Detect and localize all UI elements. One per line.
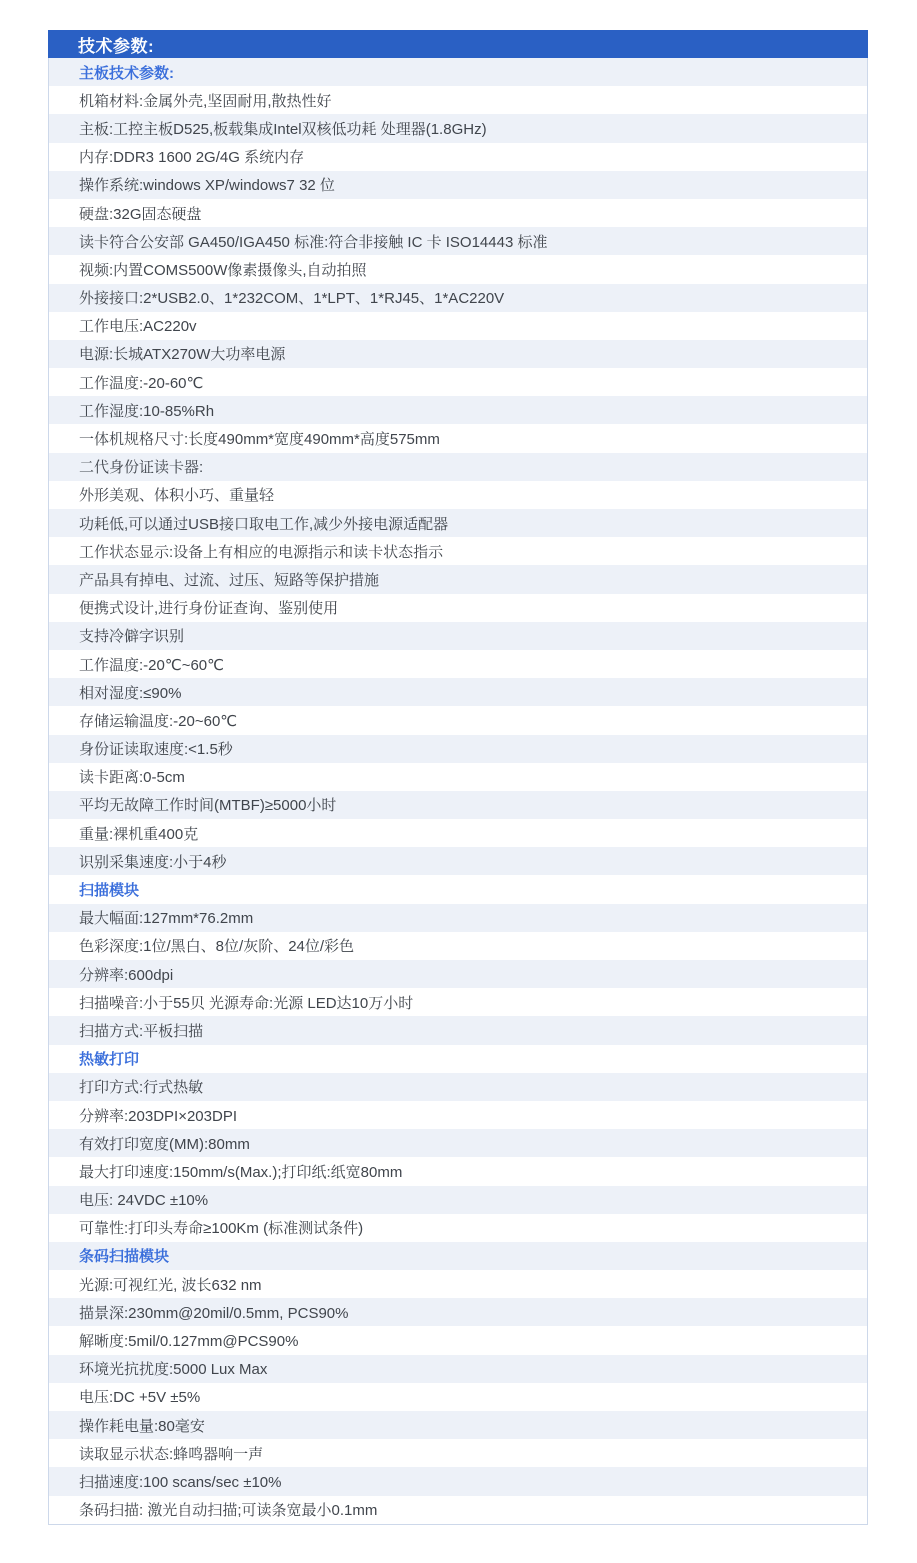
spec-text: 条码扫描: 激光自动扫描;可读条宽最小0.1mm [79,1499,377,1520]
spec-row: 色彩深度:1位/黑白、8位/灰阶、24位/彩色 [49,932,867,960]
spec-text: 最大打印速度:150mm/s(Max.);打印纸:纸宽80mm [79,1161,402,1182]
spec-text: 扫描速度:100 scans/sec ±10% [79,1471,281,1492]
spec-row: 外形美观、体积小巧、重量轻 [49,481,867,509]
spec-row: 便携式设计,进行身份证查询、鉴别使用 [49,594,867,622]
spec-text: 电压: 24VDC ±10% [79,1189,208,1210]
spec-row: 产品具有掉电、过流、过压、短路等保护措施 [49,565,867,593]
spec-text: 工作状态显示:设备上有相应的电源指示和读卡状态指示 [79,541,443,562]
spec-row: 硬盘:32G固态硬盘 [49,199,867,227]
spec-row: 环境光抗扰度:5000 Lux Max [49,1355,867,1383]
spec-text: 机箱材料:金属外壳,坚固耐用,散热性好 [79,90,332,111]
spec-row: 平均无故障工作时间(MTBF)≥5000小时 [49,791,867,819]
spec-text: 读卡距离:0-5cm [79,766,185,787]
spec-section-row: 扫描模块 [49,875,867,903]
spec-row: 电压:DC +5V ±5% [49,1383,867,1411]
spec-row: 电源:长城ATX270W大功率电源 [49,340,867,368]
spec-row: 内存:DDR3 1600 2G/4G 系统内存 [49,143,867,171]
spec-text: 重量:裸机重400克 [79,823,198,844]
spec-row: 机箱材料:金属外壳,坚固耐用,散热性好 [49,86,867,114]
spec-row: 工作电压:AC220v [49,312,867,340]
spec-text: 身份证读取速度:<1.5秒 [79,738,233,759]
spec-text: 便携式设计,进行身份证查询、鉴别使用 [79,597,338,618]
spec-row: 重量:裸机重400克 [49,819,867,847]
spec-row: 分辨率:600dpi [49,960,867,988]
spec-row: 工作温度:-20℃~60℃ [49,650,867,678]
spec-text: 最大幅面:127mm*76.2mm [79,907,253,928]
spec-row: 存储运输温度:-20~60℃ [49,706,867,734]
spec-text: 电源:长城ATX270W大功率电源 [79,343,285,364]
spec-text: 读卡符合公安部 GA450/IGA450 标准:符合非接触 IC 卡 ISO14… [79,231,547,252]
spec-text: 分辨率:203DPI×203DPI [79,1105,237,1126]
spec-text: 功耗低,可以通过USB接口取电工作,减少外接电源适配器 [79,513,448,534]
spec-row: 身份证读取速度:<1.5秒 [49,735,867,763]
spec-text: 外接接口:2*USB2.0、1*232COM、1*LPT、1*RJ45、1*AC… [79,287,504,308]
spec-text: 识别采集速度:小于4秒 [79,851,227,872]
spec-row: 分辨率:203DPI×203DPI [49,1101,867,1129]
spec-text: 操作耗电量:80毫安 [79,1415,205,1436]
spec-text: 电压:DC +5V ±5% [79,1386,200,1407]
spec-row: 读取显示状态:蜂鸣器响一声 [49,1439,867,1467]
spec-text: 光源:可视红光, 波长632 nm [79,1274,262,1295]
spec-text: 扫描方式:平板扫描 [79,1020,203,1041]
spec-text: 扫描噪音:小于55贝 光源寿命:光源 LED达10万小时 [79,992,413,1013]
spec-text: 打印方式:行式热敏 [79,1076,203,1097]
spec-table-body: 主板技术参数: 机箱材料:金属外壳,坚固耐用,散热性好 主板:工控主板D525,… [49,58,867,1524]
spec-text: 硬盘:32G固态硬盘 [79,203,202,224]
spec-row: 相对湿度:≤90% [49,678,867,706]
spec-row: 扫描速度:100 scans/sec ±10% [49,1467,867,1495]
spec-text: 有效打印宽度(MM):80mm [79,1133,250,1154]
spec-row: 最大幅面:127mm*76.2mm [49,904,867,932]
spec-row: 扫描噪音:小于55贝 光源寿命:光源 LED达10万小时 [49,988,867,1016]
spec-table-title: 技术参数: [78,32,154,57]
spec-text: 可靠性:打印头寿命≥100Km (标准测试条件) [79,1217,363,1238]
spec-text: 工作电压:AC220v [79,315,197,336]
spec-row: 工作湿度:10-85%Rh [49,396,867,424]
spec-text: 视频:内置COMS500W像素摄像头,自动拍照 [79,259,367,280]
spec-text: 操作系统:windows XP/windows7 32 位 [79,174,335,195]
spec-text: 解晰度:5mil/0.127mm@PCS90% [79,1330,298,1351]
spec-text: 色彩深度:1位/黑白、8位/灰阶、24位/彩色 [79,935,354,956]
spec-row: 操作系统:windows XP/windows7 32 位 [49,171,867,199]
spec-row: 功耗低,可以通过USB接口取电工作,减少外接电源适配器 [49,509,867,537]
spec-text: 读取显示状态:蜂鸣器响一声 [79,1443,263,1464]
spec-row: 解晰度:5mil/0.127mm@PCS90% [49,1326,867,1354]
spec-row: 工作状态显示:设备上有相应的电源指示和读卡状态指示 [49,537,867,565]
spec-text: 描景深:230mm@20mil/0.5mm, PCS90% [79,1302,348,1323]
spec-table: 技术参数: 主板技术参数: 机箱材料:金属外壳,坚固耐用,散热性好 主板:工控主… [48,30,868,1525]
spec-section-row: 主板技术参数: [49,58,867,86]
spec-row: 二代身份证读卡器: [49,453,867,481]
spec-text: 相对湿度:≤90% [79,682,181,703]
spec-row: 读卡符合公安部 GA450/IGA450 标准:符合非接触 IC 卡 ISO14… [49,227,867,255]
spec-row: 有效打印宽度(MM):80mm [49,1129,867,1157]
spec-row: 扫描方式:平板扫描 [49,1016,867,1044]
spec-row: 视频:内置COMS500W像素摄像头,自动拍照 [49,255,867,283]
spec-section-row: 热敏打印 [49,1045,867,1073]
spec-text: 条码扫描模块 [79,1245,169,1266]
spec-table-header: 技术参数: [48,30,868,58]
spec-text: 扫描模块 [79,879,139,900]
spec-text: 一体机规格尺寸:长度490mm*宽度490mm*高度575mm [79,428,440,449]
spec-row: 条码扫描: 激光自动扫描;可读条宽最小0.1mm [49,1496,867,1524]
spec-row: 工作温度:-20-60℃ [49,368,867,396]
spec-row: 一体机规格尺寸:长度490mm*宽度490mm*高度575mm [49,424,867,452]
spec-text: 平均无故障工作时间(MTBF)≥5000小时 [79,794,336,815]
spec-row: 可靠性:打印头寿命≥100Km (标准测试条件) [49,1214,867,1242]
spec-row: 描景深:230mm@20mil/0.5mm, PCS90% [49,1298,867,1326]
spec-text: 主板:工控主板D525,板载集成Intel双核低功耗 处理器(1.8GHz) [79,118,487,139]
spec-text: 工作湿度:10-85%Rh [79,400,214,421]
spec-row: 打印方式:行式热敏 [49,1073,867,1101]
spec-text: 内存:DDR3 1600 2G/4G 系统内存 [79,146,304,167]
spec-text: 二代身份证读卡器: [79,456,203,477]
spec-section-row: 条码扫描模块 [49,1242,867,1270]
spec-row: 读卡距离:0-5cm [49,763,867,791]
spec-text: 产品具有掉电、过流、过压、短路等保护措施 [79,569,379,590]
spec-text: 主板技术参数: [79,62,174,83]
spec-text: 外形美观、体积小巧、重量轻 [79,484,274,505]
spec-text: 环境光抗扰度:5000 Lux Max [79,1358,267,1379]
spec-text: 支持冷僻字识别 [79,625,184,646]
spec-row: 识别采集速度:小于4秒 [49,847,867,875]
spec-text: 工作温度:-20℃~60℃ [79,654,224,675]
spec-row: 主板:工控主板D525,板载集成Intel双核低功耗 处理器(1.8GHz) [49,114,867,142]
spec-text: 存储运输温度:-20~60℃ [79,710,237,731]
spec-row: 操作耗电量:80毫安 [49,1411,867,1439]
spec-text: 分辨率:600dpi [79,964,173,985]
spec-text: 工作温度:-20-60℃ [79,372,203,393]
spec-row: 电压: 24VDC ±10% [49,1186,867,1214]
spec-text: 热敏打印 [79,1048,139,1069]
spec-row: 外接接口:2*USB2.0、1*232COM、1*LPT、1*RJ45、1*AC… [49,284,867,312]
spec-row: 光源:可视红光, 波长632 nm [49,1270,867,1298]
spec-row: 最大打印速度:150mm/s(Max.);打印纸:纸宽80mm [49,1157,867,1185]
spec-row: 支持冷僻字识别 [49,622,867,650]
